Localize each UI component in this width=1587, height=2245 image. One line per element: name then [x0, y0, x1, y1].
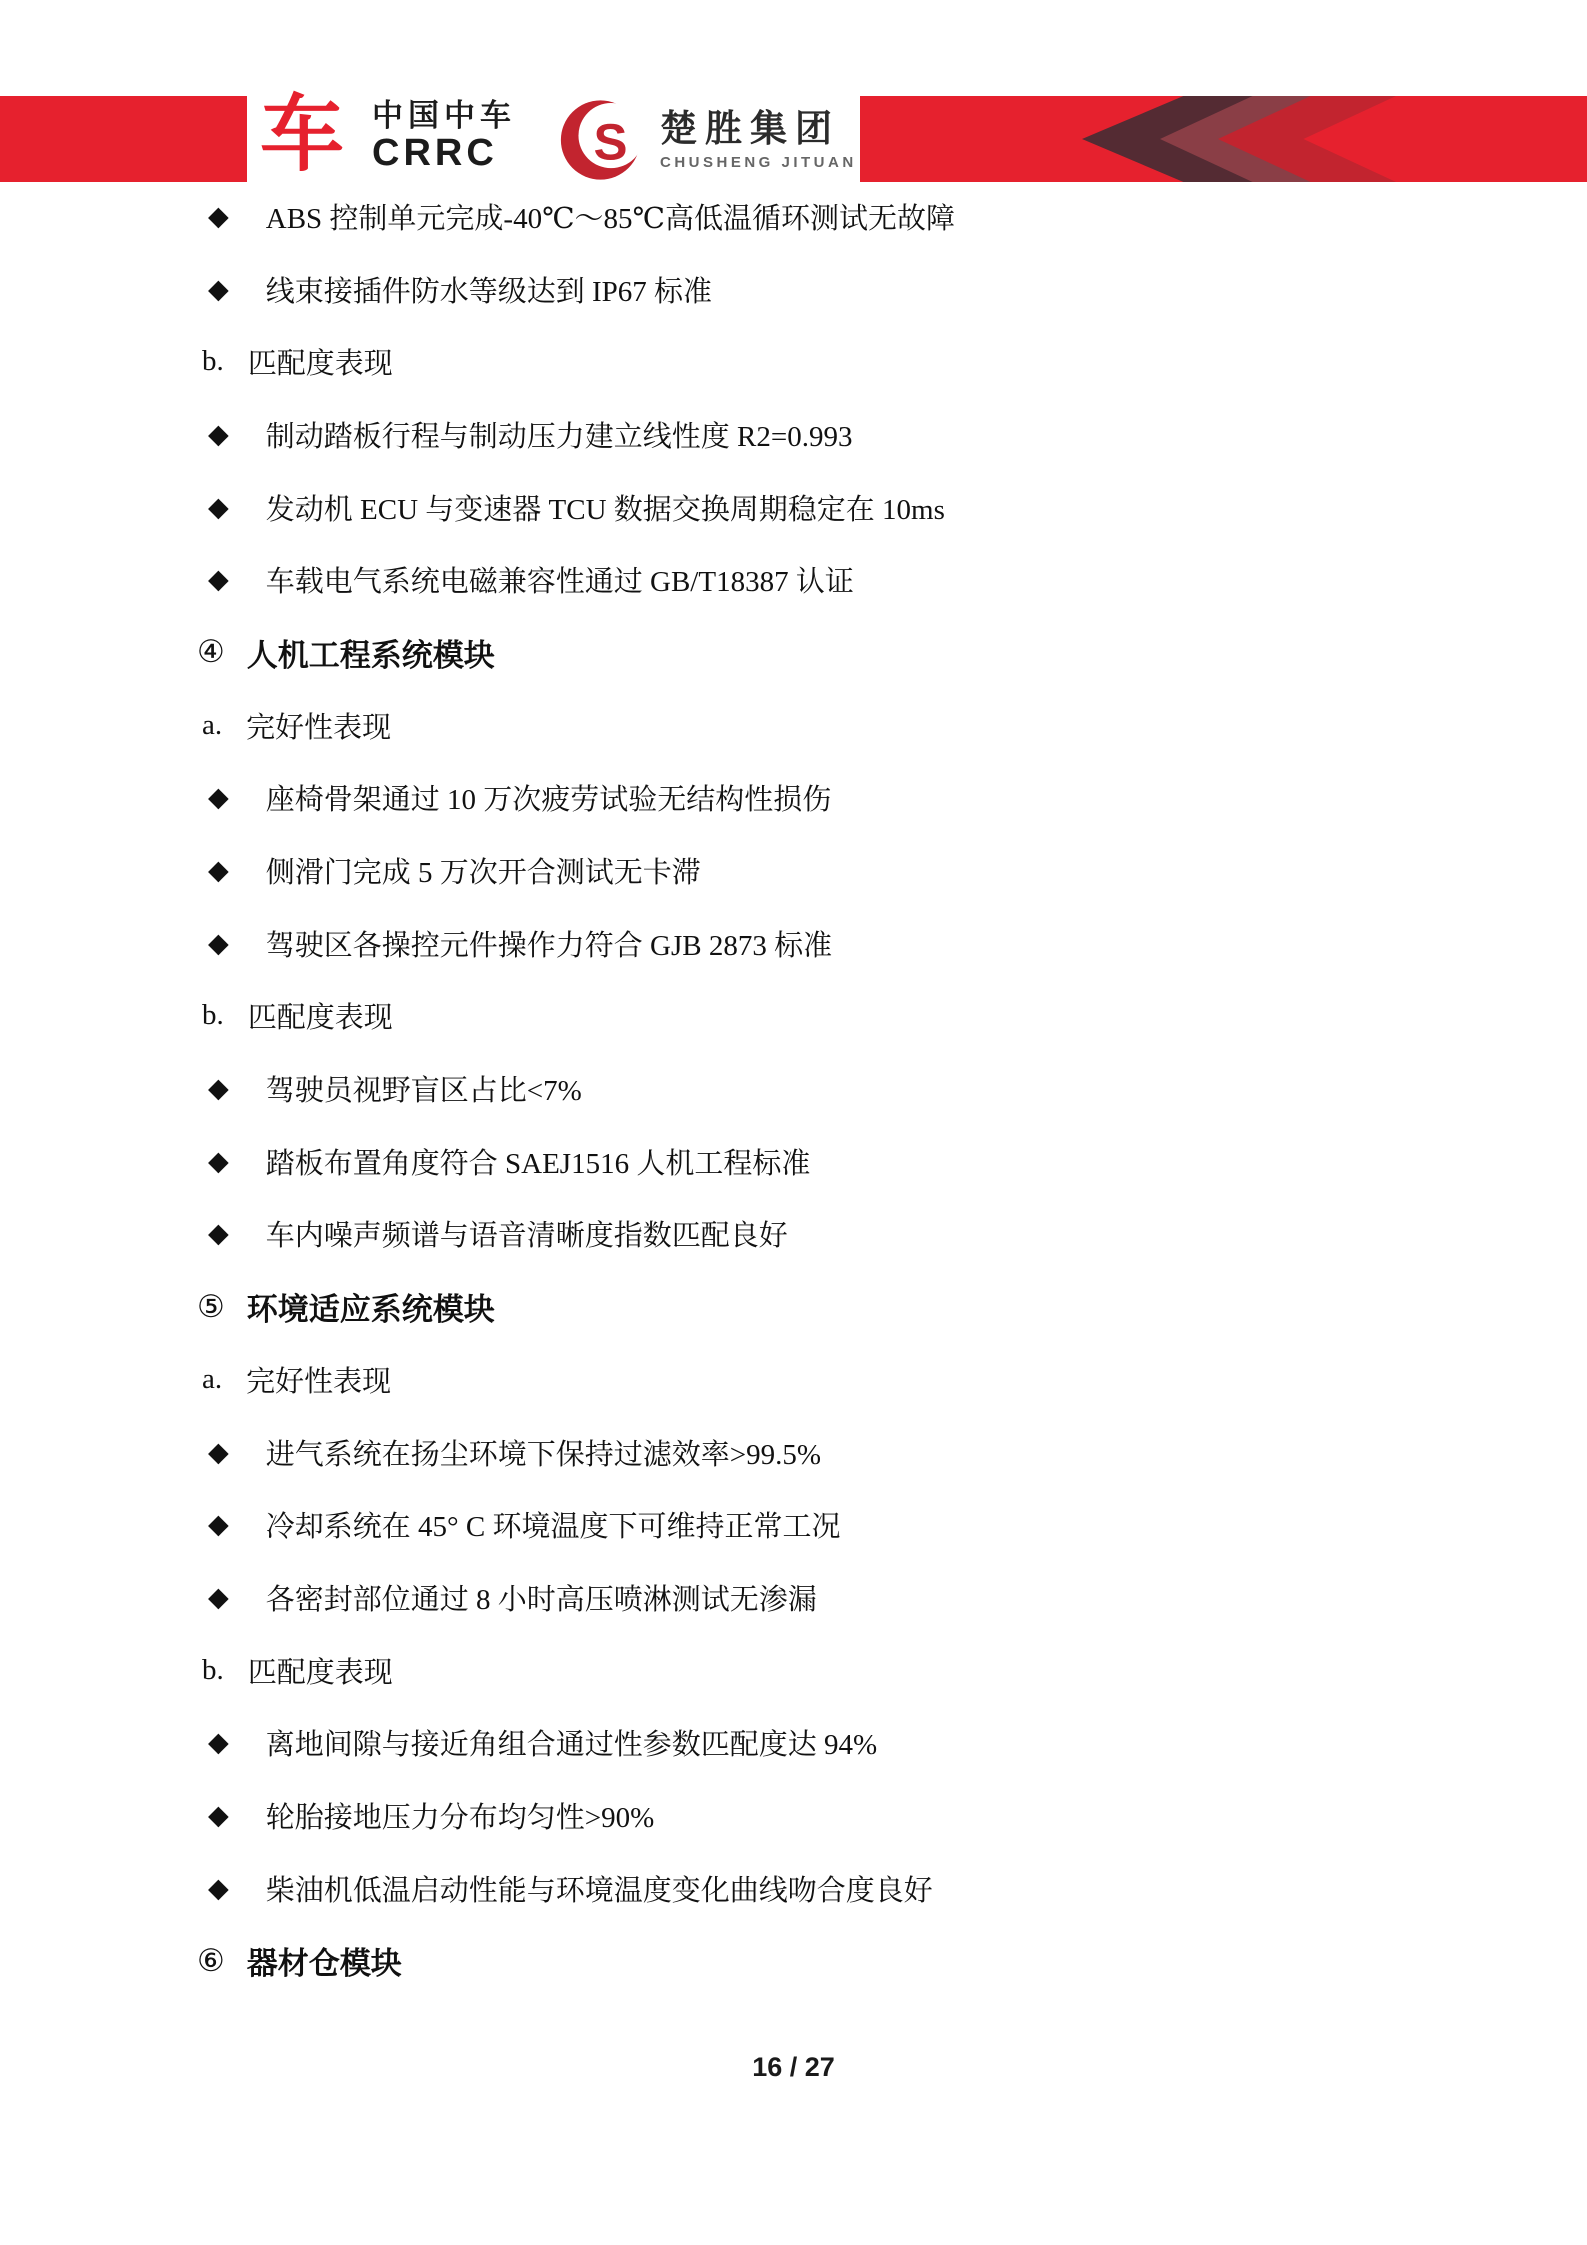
- sub-heading: a.完好性表现: [0, 689, 1587, 762]
- bullet-item: ◆制动踏板行程与制动压力建立线性度 R2=0.993: [0, 398, 1587, 471]
- diamond-bullet-icon: ◆: [208, 276, 229, 303]
- item-label: b.: [202, 345, 224, 378]
- item-label: ⑤: [197, 1289, 225, 1325]
- item-text: 侧滑门完成 5 万次开合测试无卡滞: [266, 850, 701, 891]
- item-label: a.: [202, 709, 222, 742]
- crrc-logo-icon: 车: [260, 86, 360, 186]
- header-red-bar-left: [0, 96, 247, 182]
- document-body: ◆ABS 控制单元完成-40℃～85℃高低温循环测试无故障◆线束接插件防水等级达…: [0, 180, 1587, 1997]
- sub-heading: b.匹配度表现: [0, 325, 1587, 398]
- page-number: 16 / 27: [752, 2052, 835, 2082]
- sub-heading: b.匹配度表现: [0, 1634, 1587, 1707]
- item-text: 发动机 ECU 与变速器 TCU 数据交换周期稳定在 10ms: [266, 487, 945, 528]
- bullet-item: ◆各密封部位通过 8 小时高压喷淋测试无渗漏: [0, 1561, 1587, 1634]
- section-heading: ④人机工程系统模块: [0, 616, 1587, 689]
- page-footer: 16 / 27: [0, 2052, 1587, 2083]
- diamond-bullet-icon: ◆: [208, 1584, 229, 1611]
- document-page: 车 中国中车 CRRC S 楚胜集团 CHUSHENG JITUAN ◆ABS …: [0, 0, 1587, 2245]
- bullet-item: ◆轮胎接地压力分布均匀性>90%: [0, 1779, 1587, 1852]
- item-text: ABS 控制单元完成-40℃～85℃高低温循环测试无故障: [266, 196, 955, 237]
- item-text: 驾驶区各操控元件操作力符合 GJB 2873 标准: [266, 923, 832, 964]
- item-text: 器材仓模块: [247, 1938, 402, 1983]
- diamond-bullet-icon: ◆: [208, 857, 229, 884]
- section-heading: ⑥器材仓模块: [0, 1925, 1587, 1998]
- bullet-item: ◆柴油机低温启动性能与环境温度变化曲线吻合度良好: [0, 1852, 1587, 1925]
- diamond-bullet-icon: ◆: [208, 1729, 229, 1756]
- bullet-item: ◆离地间隙与接近角组合通过性参数匹配度达 94%: [0, 1706, 1587, 1779]
- item-text: 驾驶员视野盲区占比<7%: [266, 1068, 582, 1109]
- sub-heading: a.完好性表现: [0, 1343, 1587, 1416]
- section-heading: ⑤环境适应系统模块: [0, 1270, 1587, 1343]
- diamond-bullet-icon: ◆: [208, 566, 229, 593]
- item-text: 冷却系统在 45° C 环境温度下可维持正常工况: [266, 1504, 841, 1545]
- diamond-bullet-icon: ◆: [208, 1148, 229, 1175]
- item-label: a.: [202, 1363, 222, 1396]
- item-text: 轮胎接地压力分布均匀性>90%: [266, 1795, 655, 1836]
- item-label: ④: [197, 634, 225, 670]
- item-text: 环境适应系统模块: [247, 1284, 495, 1329]
- diamond-bullet-icon: ◆: [208, 930, 229, 957]
- bullet-item: ◆冷却系统在 45° C 环境温度下可维持正常工况: [0, 1488, 1587, 1561]
- diamond-bullet-icon: ◆: [208, 1439, 229, 1466]
- item-text: 匹配度表现: [248, 341, 393, 382]
- item-text: 离地间隙与接近角组合通过性参数匹配度达 94%: [266, 1722, 877, 1763]
- item-text: 各密封部位通过 8 小时高压喷淋测试无渗漏: [266, 1577, 817, 1618]
- diamond-bullet-icon: ◆: [208, 1075, 229, 1102]
- item-label: ⑥: [197, 1943, 225, 1979]
- bullet-item: ◆座椅骨架通过 10 万次疲劳试验无结构性损伤: [0, 762, 1587, 835]
- bullet-item: ◆驾驶员视野盲区占比<7%: [0, 1052, 1587, 1125]
- crrc-logo-en: CRRC: [372, 134, 516, 172]
- item-text: 完好性表现: [246, 705, 391, 746]
- diamond-bullet-icon: ◆: [208, 784, 229, 811]
- bullet-item: ◆侧滑门完成 5 万次开合测试无卡滞: [0, 834, 1587, 907]
- bullet-item: ◆车载电气系统电磁兼容性通过 GB/T18387 认证: [0, 543, 1587, 616]
- bullet-item: ◆驾驶区各操控元件操作力符合 GJB 2873 标准: [0, 907, 1587, 980]
- bullet-item: ◆车内噪声频谱与语音清晰度指数匹配良好: [0, 1198, 1587, 1271]
- item-text: 制动踏板行程与制动压力建立线性度 R2=0.993: [266, 414, 853, 455]
- item-text: 进气系统在扬尘环境下保持过滤效率>99.5%: [266, 1432, 821, 1473]
- header-red-bar-right: [860, 96, 1587, 182]
- diamond-bullet-icon: ◆: [208, 1875, 229, 1902]
- diamond-bullet-icon: ◆: [208, 421, 229, 448]
- diamond-bullet-icon: ◆: [208, 494, 229, 521]
- item-text: 线束接插件防水等级达到 IP67 标准: [266, 269, 712, 310]
- chusheng-logo-icon: S: [560, 96, 648, 184]
- item-text: 座椅骨架通过 10 万次疲劳试验无结构性损伤: [266, 777, 832, 818]
- chusheng-logo-en: CHUSHENG JITUAN: [660, 155, 857, 170]
- item-text: 车内噪声频谱与语音清晰度指数匹配良好: [266, 1213, 788, 1254]
- diamond-bullet-icon: ◆: [208, 1802, 229, 1829]
- bullet-item: ◆ABS 控制单元完成-40℃～85℃高低温循环测试无故障: [0, 180, 1587, 253]
- bullet-item: ◆踏板布置角度符合 SAEJ1516 人机工程标准: [0, 1125, 1587, 1198]
- item-text: 人机工程系统模块: [247, 630, 495, 675]
- svg-text:S: S: [593, 113, 627, 170]
- item-label: b.: [202, 1654, 224, 1687]
- item-text: 匹配度表现: [248, 995, 393, 1036]
- diamond-bullet-icon: ◆: [208, 1220, 229, 1247]
- bullet-item: ◆线束接插件防水等级达到 IP67 标准: [0, 253, 1587, 326]
- bullet-item: ◆发动机 ECU 与变速器 TCU 数据交换周期稳定在 10ms: [0, 471, 1587, 544]
- bullet-item: ◆进气系统在扬尘环境下保持过滤效率>99.5%: [0, 1416, 1587, 1489]
- diamond-bullet-icon: ◆: [208, 1511, 229, 1538]
- chusheng-logo-text: 楚胜集团 CHUSHENG JITUAN: [660, 110, 857, 170]
- item-text: 踏板布置角度符合 SAEJ1516 人机工程标准: [266, 1141, 811, 1182]
- crrc-logo-cn: 中国中车: [372, 100, 516, 131]
- item-text: 车载电气系统电磁兼容性通过 GB/T18387 认证: [266, 559, 854, 600]
- sub-heading: b.匹配度表现: [0, 980, 1587, 1053]
- item-text: 柴油机低温启动性能与环境温度变化曲线吻合度良好: [266, 1868, 933, 1909]
- item-text: 匹配度表现: [248, 1650, 393, 1691]
- chusheng-logo-cn: 楚胜集团: [660, 110, 857, 147]
- diamond-bullet-icon: ◆: [208, 203, 229, 230]
- item-label: b.: [202, 999, 224, 1032]
- item-text: 完好性表现: [246, 1359, 391, 1400]
- crrc-logo-text: 中国中车 CRRC: [372, 100, 516, 172]
